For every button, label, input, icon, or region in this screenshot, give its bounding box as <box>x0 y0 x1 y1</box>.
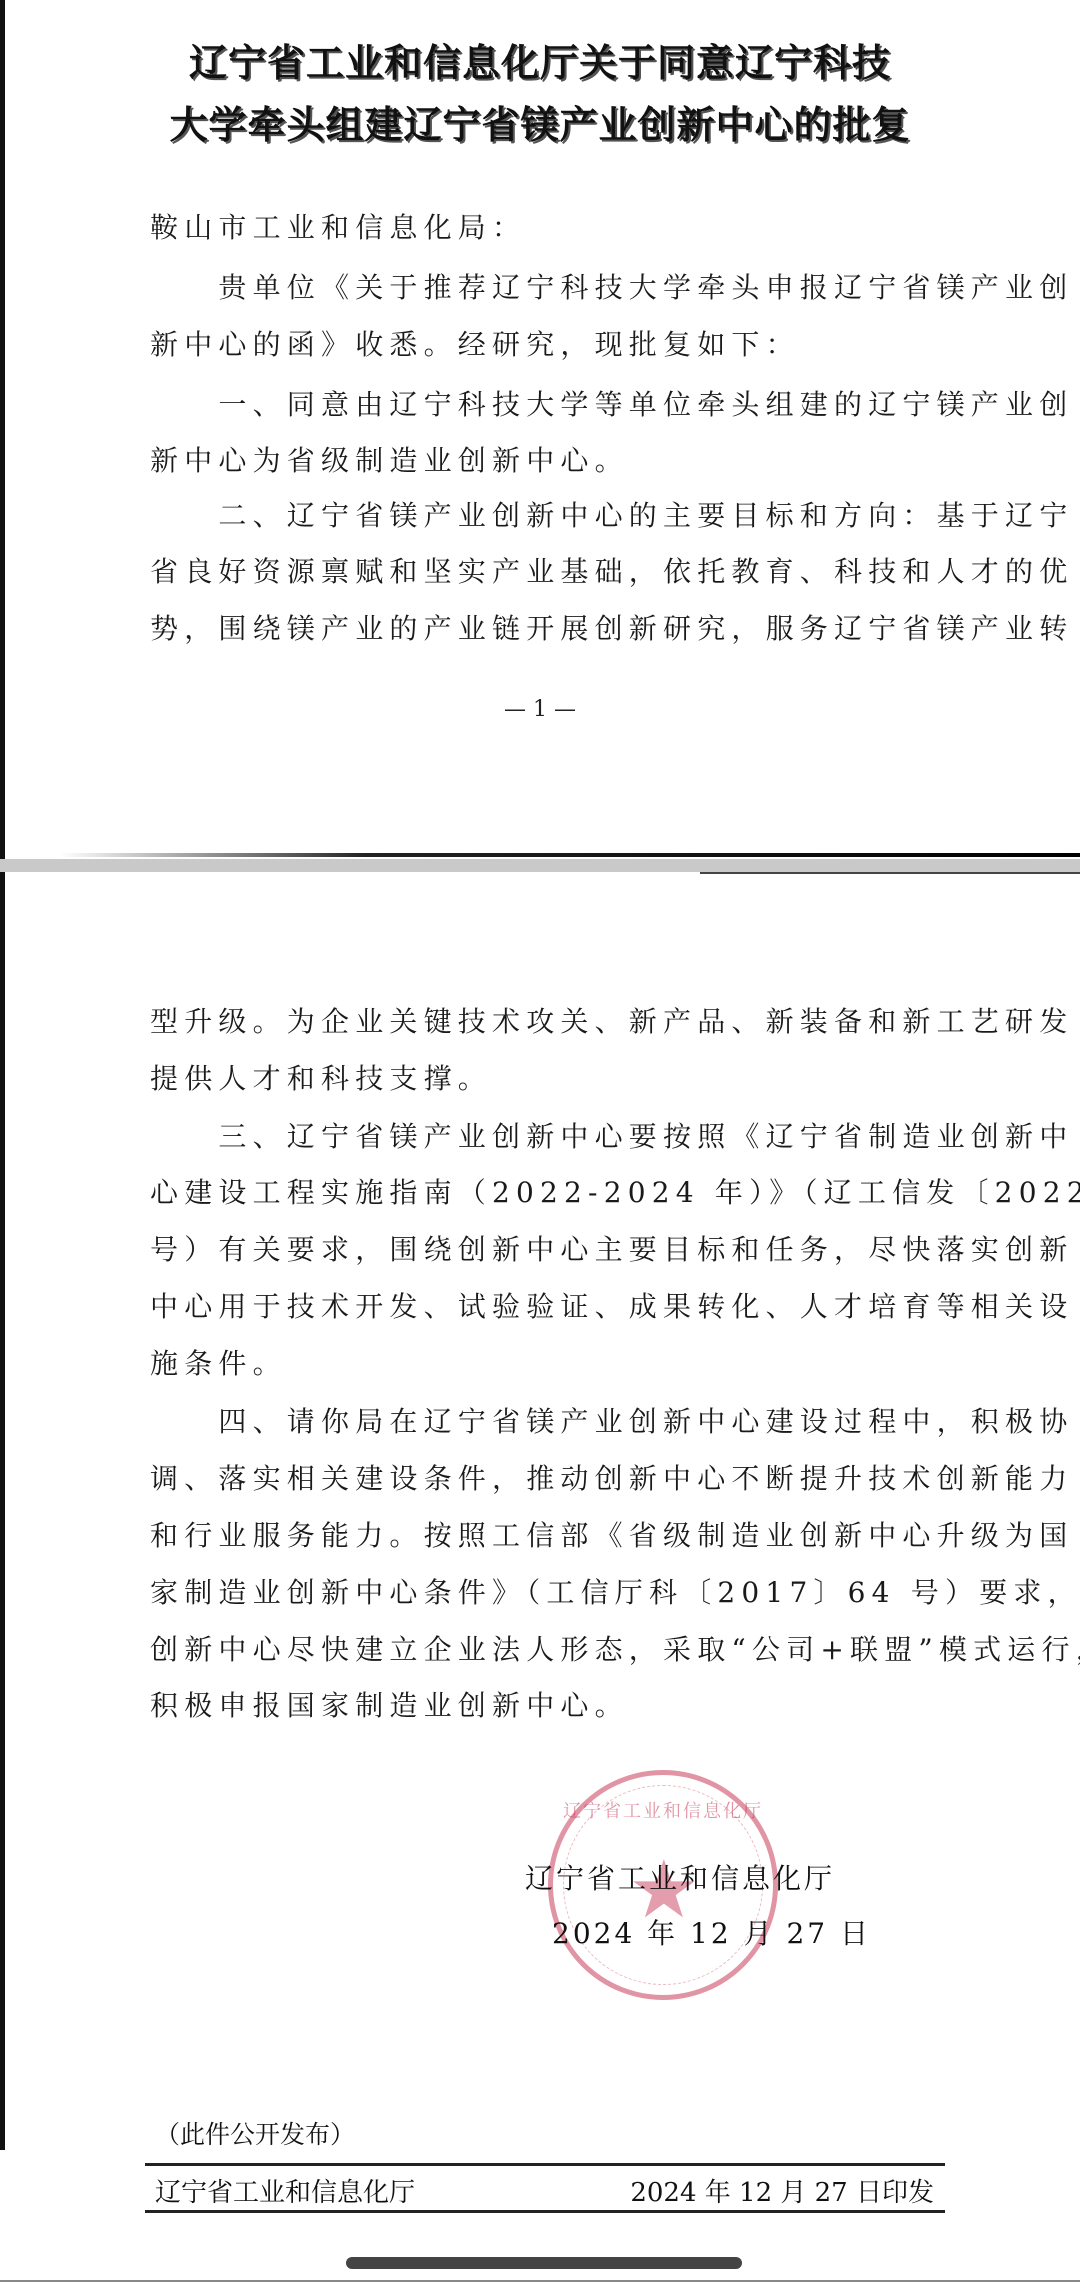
page-edge <box>0 0 5 2150</box>
body-line: 调、落实相关建设条件，推动创新中心不断提升技术创新能力 <box>150 1459 940 1499</box>
body-line: 中心用于技术开发、试验验证、成果转化、人才培育等相关设 <box>150 1287 940 1327</box>
body-line: 一、同意由辽宁科技大学等单位牵头组建的辽宁镁产业创 <box>150 385 940 425</box>
body-line: 心建设工程实施指南（2022-2024 年）》（辽工信发〔2022〕121 <box>150 1173 940 1213</box>
seal-text: 辽宁省工业和信息化厅 <box>553 1797 773 1823</box>
body-line: 新中心为省级制造业创新中心。 <box>150 441 940 481</box>
body-line: 施条件。 <box>150 1344 940 1384</box>
footer-org: 辽宁省工业和信息化厅 <box>155 2172 415 2209</box>
footer-rule-bottom <box>145 2210 945 2213</box>
recipient-line: 鞍山市工业和信息化局： <box>150 208 940 248</box>
body-line: 势，围绕镁产业的产业链开展创新研究，服务辽宁省镁产业转 <box>150 609 940 649</box>
page-separator-edge <box>700 872 1080 874</box>
public-release-note: （此件公开发布） <box>155 2115 355 2151</box>
page-number: — 1 — <box>0 697 1080 722</box>
signature-org: 辽宁省工业和信息化厅 <box>525 1857 835 1897</box>
body-line: 家制造业创新中心条件》（工信厅科〔2017〕64 号）要求，推动 <box>150 1573 940 1613</box>
document-title-line-2: 大学牵头组建辽宁省镁产业创新中心的批复 <box>0 94 1080 149</box>
body-line: 型升级。为企业关键技术攻关、新产品、新装备和新工艺研发 <box>150 1002 940 1042</box>
body-line: 三、辽宁省镁产业创新中心要按照《辽宁省制造业创新中 <box>150 1117 940 1157</box>
footer-issue-date: 2024 年 12 月 27 日印发 <box>630 2172 934 2209</box>
body-line: 创新中心尽快建立企业法人形态，采取“公司+联盟”模式运行， <box>150 1630 940 1670</box>
body-line: 新中心的函》收悉。经研究，现批复如下： <box>150 325 940 365</box>
body-line: 号）有关要求，围绕创新中心主要目标和任务，尽快落实创新 <box>150 1230 940 1270</box>
body-line: 二、辽宁省镁产业创新中心的主要目标和方向：基于辽宁 <box>150 496 940 536</box>
document-title-line-1: 辽宁省工业和信息化厅关于同意辽宁科技 <box>0 32 1080 87</box>
footer-rule-top <box>145 2163 945 2166</box>
page-separator <box>60 853 1080 857</box>
body-line: 提供人才和科技支撑。 <box>150 1059 940 1099</box>
home-indicator[interactable] <box>346 2257 742 2269</box>
body-line: 贵单位《关于推荐辽宁科技大学牵头申报辽宁省镁产业创 <box>150 268 940 308</box>
body-line: 积极申报国家制造业创新中心。 <box>150 1686 940 1726</box>
body-line: 省良好资源禀赋和坚实产业基础，依托教育、科技和人才的优 <box>150 552 940 592</box>
body-line: 四、请你局在辽宁省镁产业创新中心建设过程中，积极协 <box>150 1402 940 1442</box>
page-separator-gap <box>0 859 1080 872</box>
signature-date: 2024 年 12 月 27 日 <box>552 1912 871 1952</box>
body-line: 和行业服务能力。按照工信部《省级制造业创新中心升级为国 <box>150 1516 940 1556</box>
